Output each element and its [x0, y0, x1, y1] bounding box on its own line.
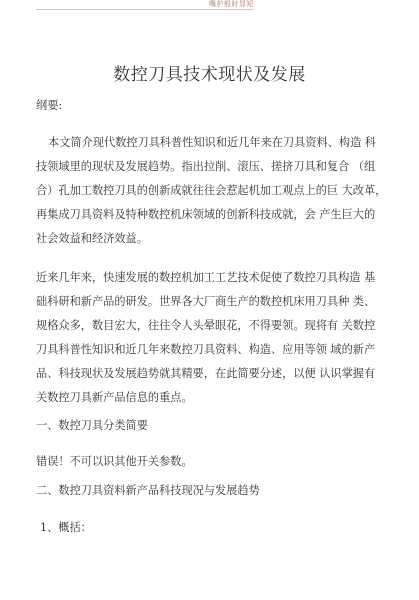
text-line: 技领域里的现状及发展趋势。指出拉削、滚压、搓挤刀具和复合 （组 — [36, 155, 352, 179]
text-line: 础科研和新产品的研发。世界各大厂商生产的数控机床用刀具种 类、 — [36, 290, 352, 314]
text-line: 近来几年来，快速发展的数控机加工工艺技术促使了数控刀具构造 基 — [36, 266, 352, 290]
subsection-heading-1: 1、概括： — [40, 516, 356, 540]
section-heading-1: 一、数控刀具分类简要 — [36, 414, 352, 438]
section-heading-2: 二、数控刀具资料新产品科技现况与发展趋势 — [36, 479, 352, 503]
document-title: 数控刀具技术现状及发展 — [0, 60, 419, 85]
text-line: 合）孔加工数控刀具的创新成就往往会惹起机加工观点上的巨 大改革， — [36, 179, 352, 203]
abstract-label: 纲要: — [36, 94, 352, 118]
text-line: 关数控刀具新产品信息的重点。 — [36, 386, 352, 410]
text-line: 本文简介现代数控刀具科普性知识和近几年来在刀具资料、构造 科 — [36, 131, 352, 155]
text-line: 再集成刀具资料及特种数控机床领域的创新科技成就，会 产生巨大的 — [36, 203, 352, 227]
error-text: 错误！不可以识其他开关参数。 — [36, 450, 352, 474]
header-text: 嘴护般时显短 — [209, 0, 254, 9]
text-line: 社会效益和经济效益。 — [36, 227, 352, 251]
intro-paragraph: 近来几年来，快速发展的数控机加工工艺技术促使了数控刀具构造 基 础科研和新产品的… — [36, 266, 352, 410]
abstract-paragraph: 本文简介现代数控刀具科普性知识和近几年来在刀具资料、构造 科 技领域里的现状及发… — [36, 131, 352, 251]
text-line: 刀具科普性知识和近几年来数控刀具资料、构造、应用等领 域的新产 — [36, 338, 352, 362]
text-line: 规格众多，数目宏大，往往令人头晕眼花，不得要领。现将有 关数控 — [36, 314, 352, 338]
page-header: 嘴护般时显短 — [36, 0, 254, 10]
text-line: 品、科技现状及发展趋势就其精要，在此简要分述，以便 认识掌握有 — [36, 362, 352, 386]
